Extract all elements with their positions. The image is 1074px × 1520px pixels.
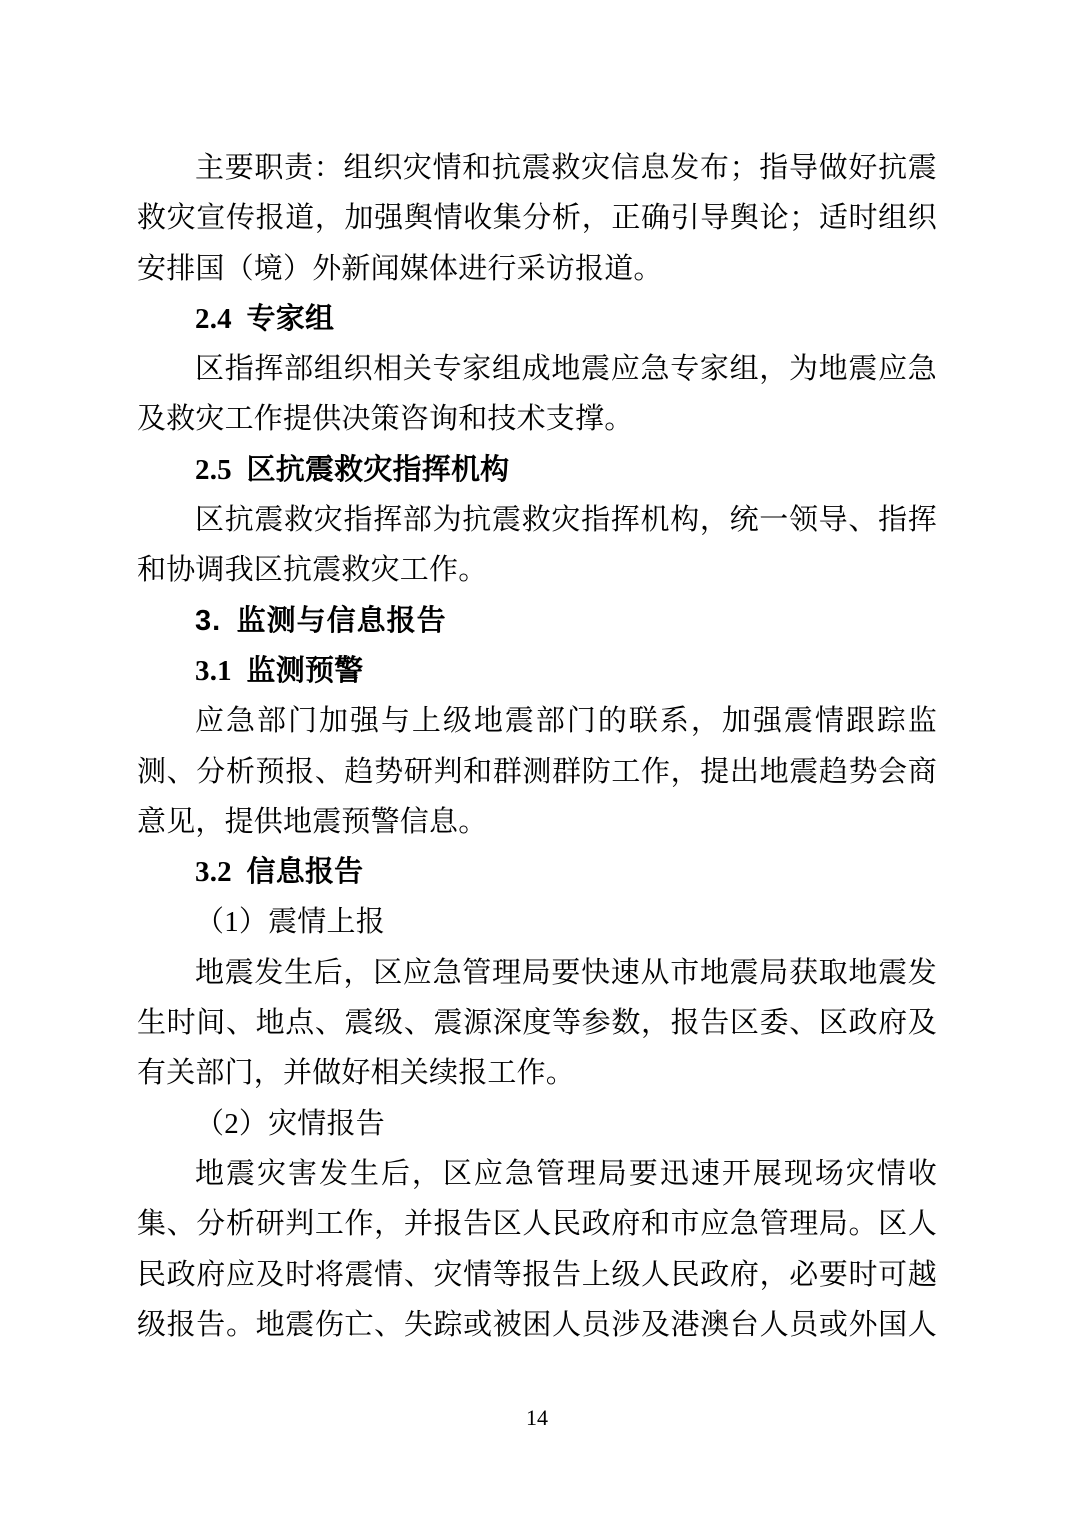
- para-quake-report-line-3: 有关部门，并做好相关续报工作。: [137, 1048, 937, 1098]
- para-disaster-report-line-4: 级报告。地震伤亡、失踪或被困人员涉及港澳台人员或外国人: [137, 1300, 937, 1350]
- para-expert-group-line-1: 区指挥部组织相关专家组成地震应急专家组，为地震应急: [137, 344, 937, 394]
- para-main-duties-line-2: 救灾宣传报道，加强舆情收集分析，正确引导舆论；适时组织: [137, 193, 937, 243]
- para-monitoring-line-3: 意见，提供地震预警信息。: [137, 797, 937, 847]
- document-body: 主要职责：组织灾情和抗震救灾信息发布；指导做好抗震 救灾宣传报道，加强舆情收集分…: [137, 143, 937, 1350]
- heading-3-monitoring-and-reporting: 3. 监测与信息报告: [137, 596, 937, 646]
- para-expert-group-line-2: 及救灾工作提供决策咨询和技术支撑。: [137, 394, 937, 444]
- para-command-organ-line-1: 区抗震救灾指挥部为抗震救灾指挥机构，统一领导、指挥: [137, 495, 937, 545]
- heading-3-2-information-report: 3.2 信息报告: [137, 847, 937, 897]
- subheading-disaster-report: （2）灾情报告: [137, 1099, 937, 1149]
- heading-2-4-expert-group: 2.4 专家组: [137, 294, 937, 344]
- para-monitoring-line-1: 应急部门加强与上级地震部门的联系，加强震情跟踪监: [137, 696, 937, 746]
- para-monitoring-line-2: 测、分析预报、趋势研判和群测群防工作，提出地震趋势会商: [137, 747, 937, 797]
- para-quake-report-line-2: 生时间、地点、震级、震源深度等参数，报告区委、区政府及: [137, 998, 937, 1048]
- para-disaster-report-line-3: 民政府应及时将震情、灾情等报告上级人民政府，必要时可越: [137, 1250, 937, 1300]
- para-main-duties-line-1: 主要职责：组织灾情和抗震救灾信息发布；指导做好抗震: [137, 143, 937, 193]
- page-number: 14: [137, 1403, 937, 1433]
- para-disaster-report-line-2: 集、分析研判工作，并报告区人民政府和市应急管理局。区人: [137, 1199, 937, 1249]
- para-main-duties-line-3: 安排国（境）外新闻媒体进行采访报道。: [137, 244, 937, 294]
- heading-2-5-command-organ: 2.5 区抗震救灾指挥机构: [137, 445, 937, 495]
- para-command-organ-line-2: 和协调我区抗震救灾工作。: [137, 545, 937, 595]
- subheading-quake-report: （1）震情上报: [137, 897, 937, 947]
- para-quake-report-line-1: 地震发生后，区应急管理局要快速从市地震局获取地震发: [137, 948, 937, 998]
- para-disaster-report-line-1: 地震灾害发生后，区应急管理局要迅速开展现场灾情收: [137, 1149, 937, 1199]
- heading-3-1-monitoring-warning: 3.1 监测预警: [137, 646, 937, 696]
